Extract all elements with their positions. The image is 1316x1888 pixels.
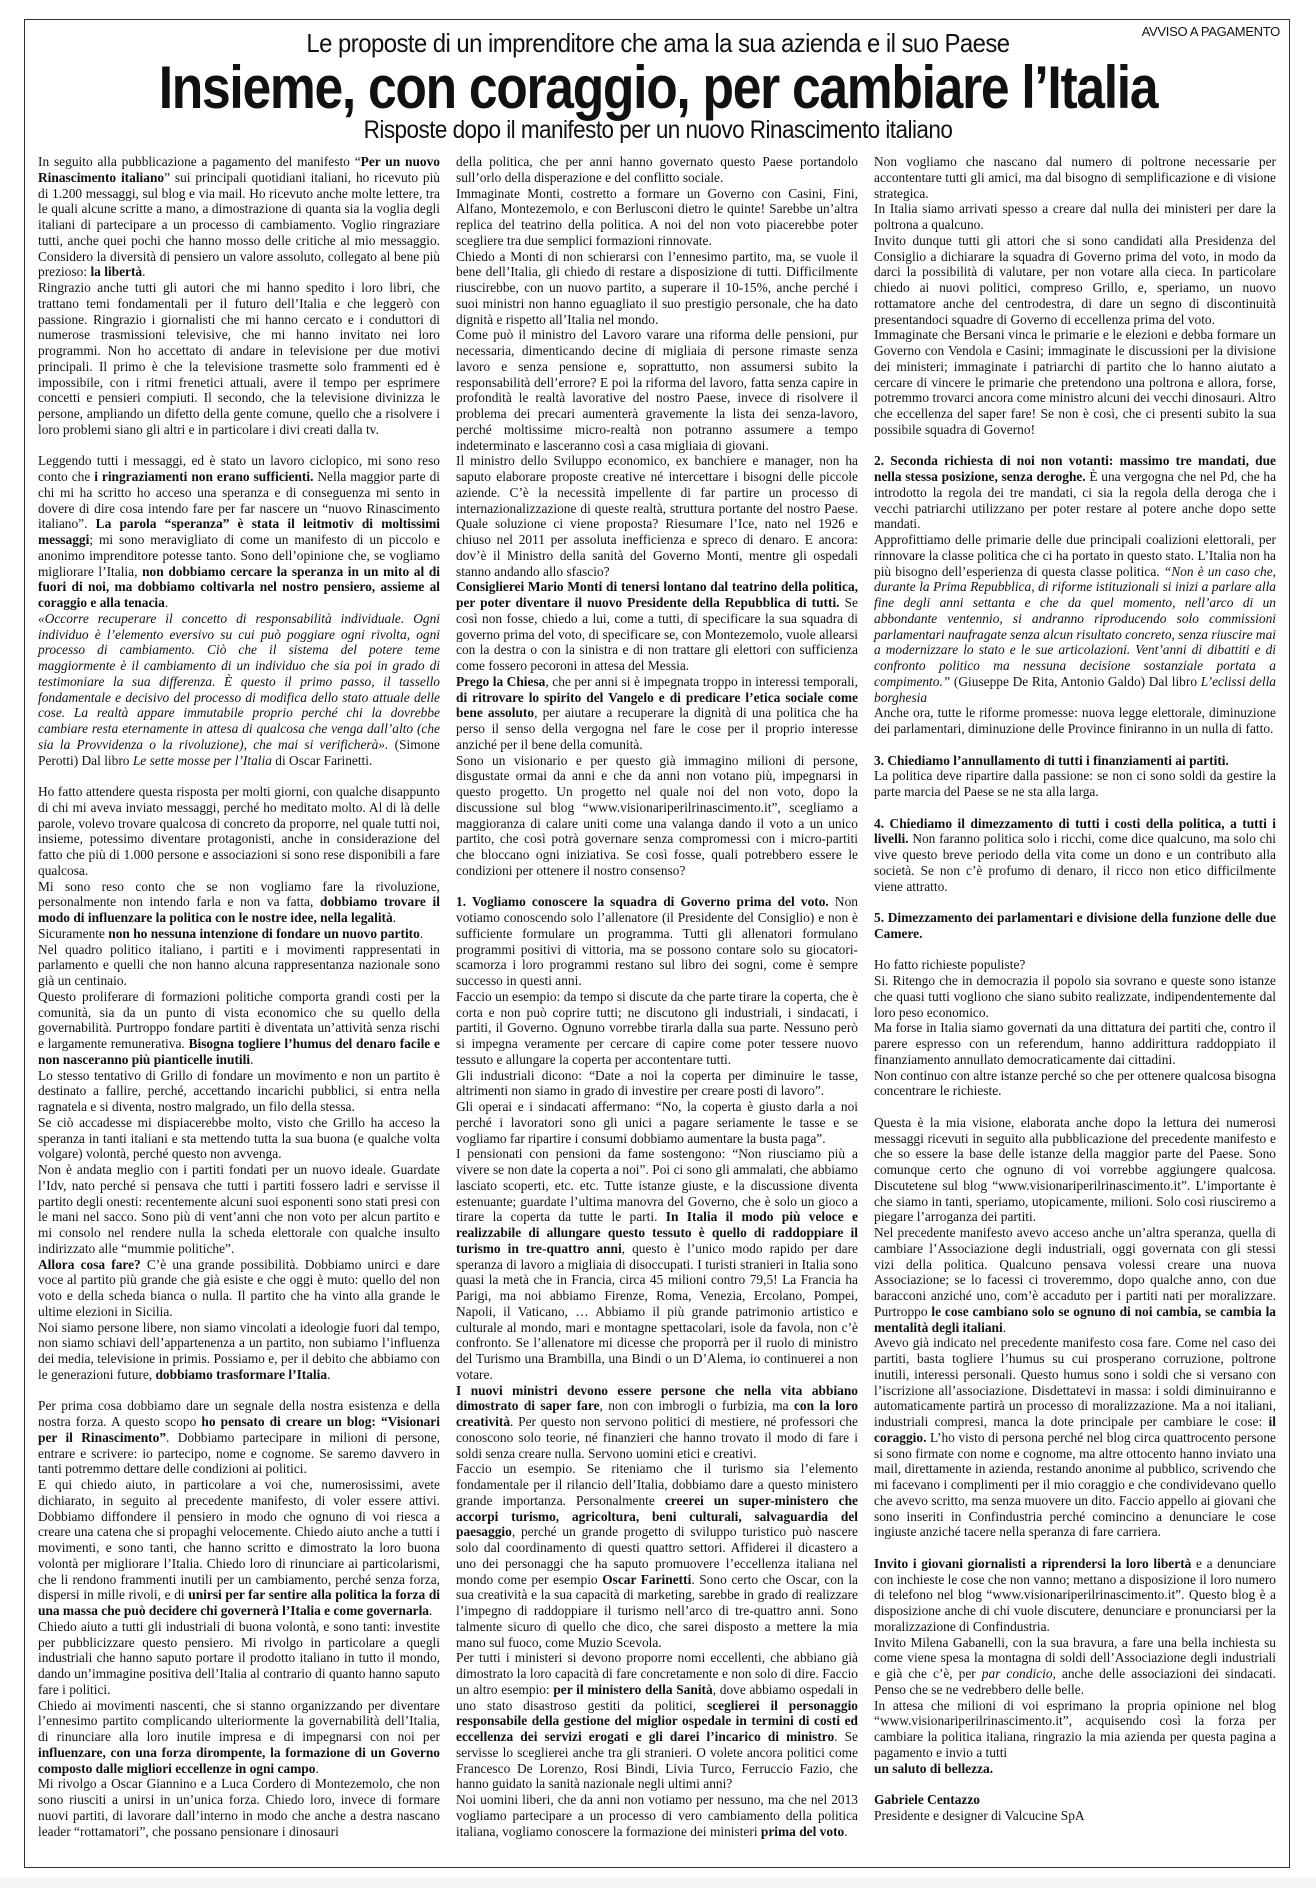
article-paragraph: Invito dunque tutti gli attori che si so…: [874, 233, 1276, 328]
text-run: Sicuramente: [38, 926, 108, 941]
text-run: Sono un visionario e per questo già imma…: [456, 753, 858, 878]
text-run: .: [844, 1824, 847, 1839]
article-paragraph: Questa è la mia visione, elaborata anche…: [874, 1115, 1276, 1225]
article-paragraph: 3. Chiediamo l’annullamento di tutti i f…: [874, 753, 1276, 769]
article-paragraph: Immaginate che Bersani vinca le primarie…: [874, 327, 1276, 437]
article-paragraph: Per prima cosa dobbiamo dare un segnale …: [38, 1398, 440, 1477]
text-run: .: [315, 1761, 318, 1776]
emphasis-bold: per il ministero della Sanità: [553, 1682, 712, 1697]
text-run: ” sui principali quotidiani italiani, ho…: [38, 170, 440, 280]
article-paragraph: «Occorre recuperare il concetto di respo…: [38, 611, 440, 769]
emphasis-bold: 3. Chiediamo l’annullamento di tutti i f…: [874, 753, 1229, 768]
text-run: Avevo già indicato nel precedente manife…: [874, 1335, 1276, 1429]
text-run: Ringrazio anche tutti gli autori che mi …: [38, 280, 440, 437]
article-paragraph: 2. Seconda richiesta di noi non votanti:…: [874, 453, 1276, 532]
article-column-3: Non vogliamo che nascano dal numero di p…: [874, 154, 1276, 1854]
page-bottom-strip: [0, 1878, 1316, 1888]
emphasis-bold: influenzare, con una forza dirompente, l…: [38, 1745, 440, 1776]
text-run: , questo è l’unico modo rapido per dare …: [456, 1241, 858, 1382]
article-paragraph: Faccio un esempio: da tempo si discute d…: [456, 989, 858, 1068]
text-run: Non faranno politica solo i ricchi, come…: [874, 831, 1276, 893]
article-paragraph: In seguito alla pubblicazione a pagament…: [38, 154, 440, 280]
text-run: , non con imbrogli o furbizia, ma: [600, 1398, 794, 1413]
article-paragraph: Immaginate Monti, costretto a formare un…: [456, 186, 858, 249]
emphasis-bold: 1. Vogliamo conoscere la squadra di Gove…: [456, 894, 829, 909]
emphasis-bold: dobbiamo trasformare l’Italia: [155, 1367, 327, 1382]
text-run: Nel quadro politico italiano, i partiti …: [38, 942, 440, 989]
text-run: Non è andata meglio con i partiti fondat…: [38, 1162, 440, 1256]
article-paragraph: La politica deve ripartire dalla passion…: [874, 768, 1276, 800]
article-paragraph: 4. Chiediamo il dimezzamento di tutti i …: [874, 816, 1276, 895]
text-run: Ho fatto richieste populiste?: [874, 957, 1025, 972]
article-paragraph: Leggendo tutti i messaggi, ed è stato un…: [38, 453, 440, 611]
article-paragraph: Si. Ritengo che in democrazia il popolo …: [874, 973, 1276, 1020]
article-paragraph: Sicuramente non ho nessuna intenzione di…: [38, 926, 440, 942]
article-paragraph: Questo proliferare di formazioni politic…: [38, 989, 440, 1068]
text-run: Se ciò accadesse mi dispiacerebbe molto,…: [38, 1115, 440, 1162]
text-run: Chiedo a Monti di non schierarsi con l’e…: [456, 249, 858, 327]
text-run: Faccio un esempio: da tempo si discute d…: [456, 989, 858, 1067]
article-paragraph: Lo stesso tentativo di Grillo di fondare…: [38, 1068, 440, 1115]
text-run: Mi rivolgo a Oscar Giannino e a Luca Cor…: [38, 1776, 440, 1838]
text-run: In attesa che milioni di voi esprimano l…: [874, 1698, 1276, 1760]
emphasis-bold: non ho nessuna intenzione di fondare un …: [108, 926, 420, 941]
text-run: Come può il ministro del Lavoro varare u…: [456, 327, 858, 452]
text-run: .: [327, 1367, 330, 1382]
article-paragraph: Anche ora, tutte le riforme promesse: nu…: [874, 705, 1276, 737]
emphasis-bold: Allora cosa fare?: [38, 1257, 141, 1272]
emphasis-bold: Gabriele Centazzo: [874, 1792, 980, 1807]
article-paragraph: Il ministro dello Sviluppo economico, ex…: [456, 453, 858, 579]
article-paragraph: Presidente e designer di Valcucine SpA: [874, 1808, 1276, 1824]
article-paragraph: E qui chiedo aiuto, in particolare a voi…: [38, 1477, 440, 1619]
text-run: Lo stesso tentativo di Grillo di fondare…: [38, 1068, 440, 1115]
emphasis-italic: “Non è un caso che, durante la Prima Rep…: [874, 564, 1276, 689]
emphasis-bold: Oscar Farinetti: [602, 1572, 691, 1587]
text-run: .: [142, 264, 145, 279]
text-run: Immaginate Monti, costretto a formare un…: [456, 186, 858, 248]
article-paragraph: Ho fatto attendere questa risposta per m…: [38, 784, 440, 879]
article-paragraph: della politica, che per anni hanno gover…: [456, 154, 858, 186]
text-run: della politica, che per anni hanno gover…: [456, 154, 858, 185]
text-run: E qui chiedo aiuto, in particolare a voi…: [38, 1477, 440, 1602]
article-paragraph: Per tutti i ministeri si devono proporre…: [456, 1650, 858, 1792]
text-run: di Oscar Farinetti.: [272, 753, 372, 768]
emphasis-bold: le cose cambiano solo se ognuno di noi c…: [874, 1304, 1276, 1335]
article-paragraph: Come può il ministro del Lavoro varare u…: [456, 327, 858, 453]
article-paragraph: I nuovi ministri devono essere persone c…: [456, 1383, 858, 1462]
page-headline: Insieme, con coraggio, per cambiare l’It…: [92, 56, 1224, 120]
article-paragraph: Mi rivolgo a Oscar Giannino e a Luca Cor…: [38, 1776, 440, 1839]
article-body: In seguito alla pubblicazione a pagament…: [38, 154, 1276, 1854]
article-paragraph: Faccio un esempio. Se riteniamo che il t…: [456, 1461, 858, 1650]
article-paragraph: I pensionati con pensioni da fame sosten…: [456, 1146, 858, 1382]
text-run: . Per questo non servono politici di mes…: [456, 1414, 858, 1461]
article-paragraph: Chiedo ai movimenti nascenti, che si sta…: [38, 1698, 440, 1777]
article-paragraph: Chiedo aiuto a tutti gli industriali di …: [38, 1619, 440, 1698]
emphasis-bold: la libertà: [90, 264, 142, 279]
article-paragraph: Prego la Chiesa, che per anni si è impeg…: [456, 674, 858, 753]
emphasis-italic: par condicio,: [982, 1666, 1056, 1681]
article-paragraph: Noi siamo persone libere, non siamo vinc…: [38, 1320, 440, 1383]
text-run: Anche ora, tutte le riforme promesse: nu…: [874, 705, 1276, 736]
article-paragraph: Avevo già indicato nel precedente manife…: [874, 1335, 1276, 1540]
emphasis-bold: Prego la Chiesa: [456, 674, 545, 689]
text-run: L’ho visto di persona perché nel blog ci…: [874, 1430, 1276, 1540]
article-paragraph: Gli operai e i sindacati affermano: “No,…: [456, 1099, 858, 1146]
article-paragraph: Sono un visionario e per questo già imma…: [456, 753, 858, 879]
article-paragraph: Nel quadro politico italiano, i partiti …: [38, 942, 440, 989]
article-paragraph: Gabriele Centazzo: [874, 1792, 1276, 1808]
text-run: Non continuo con altre istanze perché so…: [874, 1068, 1276, 1099]
article-paragraph: Se ciò accadesse mi dispiacerebbe molto,…: [38, 1115, 440, 1162]
text-run: In Italia siamo arrivati spesso a creare…: [874, 201, 1276, 232]
text-run: Presidente e designer di Valcucine SpA: [874, 1808, 1085, 1823]
article-paragraph: un saluto di bellezza.: [874, 1761, 1276, 1777]
article-paragraph: 5. Dimezzamento dei parlamentari e divis…: [874, 910, 1276, 942]
article-paragraph: Chiedo a Monti di non schierarsi con l’e…: [456, 249, 858, 328]
text-run: Ma forse in Italia siamo governati da un…: [874, 1020, 1276, 1067]
article-paragraph: Ma forse in Italia siamo governati da un…: [874, 1020, 1276, 1067]
article-paragraph: Consiglierei Mario Monti di tenersi lont…: [456, 579, 858, 674]
text-run: .: [429, 1603, 432, 1618]
text-run: Chiedo aiuto a tutti gli industriali di …: [38, 1619, 440, 1697]
article-paragraph: In attesa che milioni di voi esprimano l…: [874, 1698, 1276, 1761]
text-run: .: [393, 910, 396, 925]
article-column-2: della politica, che per anni hanno gover…: [456, 154, 858, 1854]
emphasis-bold: Consiglierei Mario Monti di tenersi lont…: [456, 579, 858, 610]
text-run: Chiedo ai movimenti nascenti, che si sta…: [38, 1698, 440, 1745]
text-run: Non vogliamo che nascano dal numero di p…: [874, 154, 1276, 201]
text-run: .: [250, 1052, 253, 1067]
text-run: Si. Ritengo che in democrazia il popolo …: [874, 973, 1276, 1020]
text-run: Gli industriali dicono: “Date a noi la c…: [456, 1068, 858, 1099]
article-paragraph: Gli industriali dicono: “Date a noi la c…: [456, 1068, 858, 1100]
article-paragraph: Ringrazio anche tutti gli autori che mi …: [38, 280, 440, 438]
text-run: .: [1003, 1320, 1006, 1335]
article-paragraph: Allora cosa fare? C’è una grande possibi…: [38, 1257, 440, 1320]
text-run: Ho fatto attendere questa risposta per m…: [38, 784, 440, 878]
text-run: In seguito alla pubblicazione a pagament…: [38, 154, 361, 169]
article-paragraph: Non vogliamo che nascano dal numero di p…: [874, 154, 1276, 201]
subheadline: Risposte dopo il manifesto per un nuovo …: [66, 116, 1250, 145]
text-run: Il ministro dello Sviluppo economico, ex…: [456, 453, 858, 578]
article-paragraph: 1. Vogliamo conoscere la squadra di Gove…: [456, 894, 858, 989]
article-paragraph: Approfittiamo delle primarie delle due p…: [874, 532, 1276, 705]
emphasis-bold: prima del voto: [761, 1824, 844, 1839]
article-paragraph: Noi uomini liberi, che da anni non votia…: [456, 1792, 858, 1839]
article-column-1: In seguito alla pubblicazione a pagament…: [38, 154, 440, 1854]
emphasis-bold: un saluto di bellezza.: [874, 1761, 993, 1776]
article-paragraph: Non è andata meglio con i partiti fondat…: [38, 1162, 440, 1257]
article-paragraph: Invito Milena Gabanelli, con la sua brav…: [874, 1635, 1276, 1698]
emphasis-bold: i ringraziamenti non erano sufficienti.: [94, 469, 313, 484]
article-paragraph: In Italia siamo arrivati spesso a creare…: [874, 201, 1276, 233]
text-run: Invito dunque tutti gli attori che si so…: [874, 233, 1276, 327]
text-run: Gli operai e i sindacati affermano: “No,…: [456, 1099, 858, 1146]
emphasis-italic: «Occorre recuperare il concetto di respo…: [38, 611, 440, 752]
text-run: Immaginate che Bersani vinca le primarie…: [874, 327, 1276, 437]
article-paragraph: Mi sono reso conto che se non vogliamo f…: [38, 879, 440, 926]
article-paragraph: Invito i giovani giornalisti a riprender…: [874, 1556, 1276, 1635]
article-paragraph: Ho fatto richieste populiste?: [874, 957, 1276, 973]
text-run: .: [165, 595, 168, 610]
text-run: La politica deve ripartire dalla passion…: [874, 768, 1276, 799]
text-run: (Giuseppe De Rita, Antonio Galdo) Dal li…: [950, 674, 1200, 689]
text-run: .: [420, 926, 423, 941]
text-run: , che per anni si è impegnata troppo in …: [545, 674, 858, 689]
emphasis-italic: Le sette mosse per l’Italia: [133, 753, 272, 768]
emphasis-bold: Invito i giovani giornalisti a riprender…: [874, 1556, 1191, 1571]
article-paragraph: Nel precedente manifesto avevo acceso an…: [874, 1225, 1276, 1335]
text-run: Questa è la mia visione, elaborata anche…: [874, 1115, 1276, 1225]
article-paragraph: Non continuo con altre istanze perché so…: [874, 1068, 1276, 1100]
emphasis-bold: 5. Dimezzamento dei parlamentari e divis…: [874, 910, 1276, 941]
